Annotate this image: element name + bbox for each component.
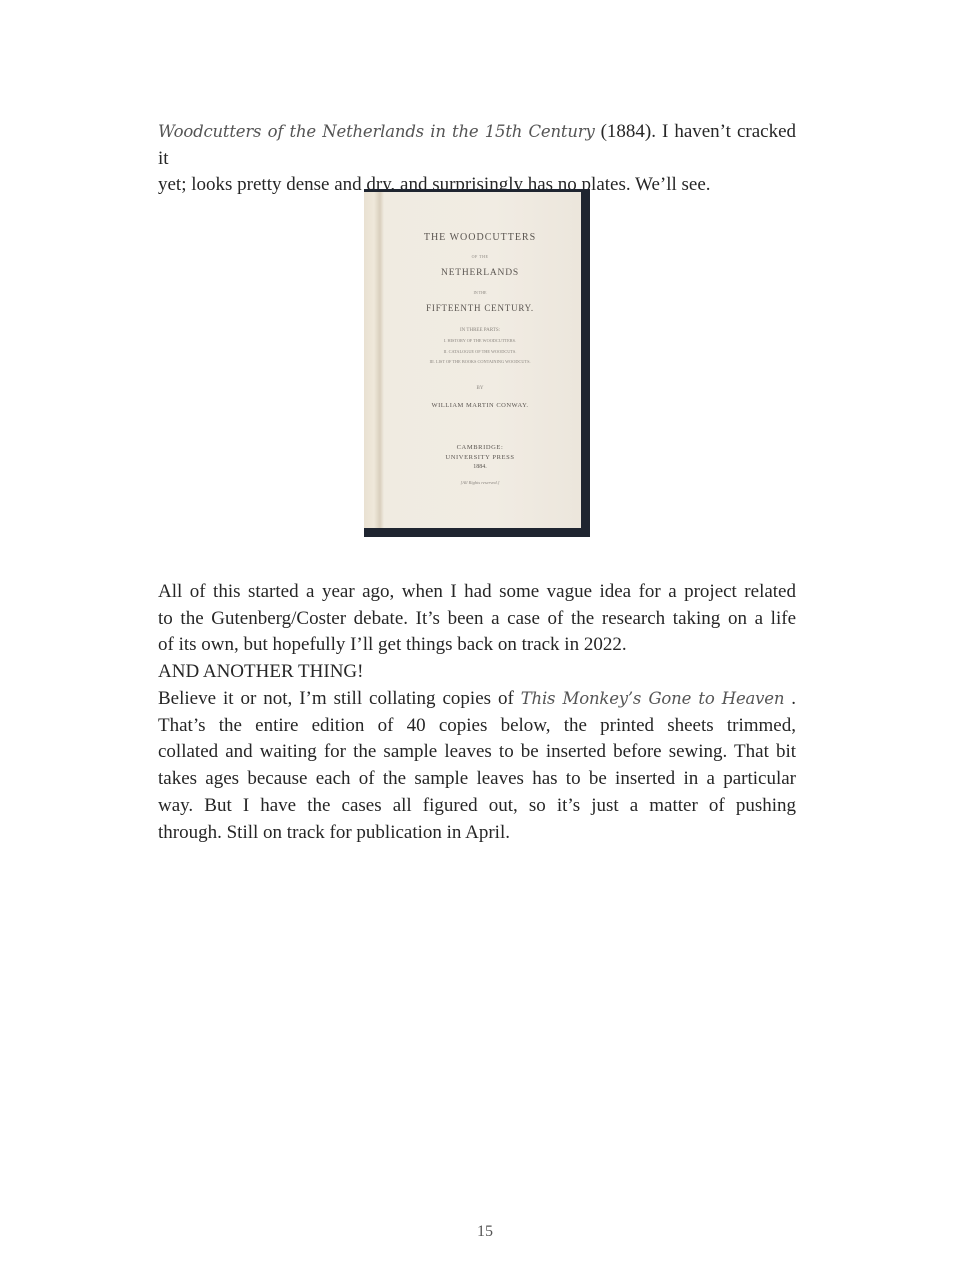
book-title-italic: This Monkey’s Gone to Heaven xyxy=(521,689,785,708)
title-page-line: CAMBRIDGE: xyxy=(382,444,578,451)
text-line: of its own, but hopefully I’ll get thing… xyxy=(158,632,796,659)
title-page-photo: THE WOODCUTTERS OF THE NETHERLANDS IN TH… xyxy=(364,189,590,537)
text-segment: Believe it or not, I’m still collating c… xyxy=(158,688,521,709)
title-page-line: [All Rights reserved.] xyxy=(382,480,578,485)
title-page-line: WILLIAM MARTIN CONWAY. xyxy=(382,402,578,409)
title-page-line: IN THREE PARTS: xyxy=(382,328,578,333)
section-heading-line: AND ANOTHER THING! xyxy=(158,659,796,686)
title-page-line: IN THE xyxy=(382,290,578,295)
text-line: That’s the entire edition of 40 copies b… xyxy=(158,713,796,740)
text-line: to the Gutenberg/Coster debate. It’s bee… xyxy=(158,606,796,633)
text-line: way. But I have the cases all figured ou… xyxy=(158,793,796,820)
paragraph-collating: Believe it or not, I’m still collating c… xyxy=(158,686,796,846)
text-segment: . xyxy=(784,688,796,709)
book-page: THE WOODCUTTERS OF THE NETHERLANDS IN TH… xyxy=(364,192,581,528)
title-page-line: THE WOODCUTTERS xyxy=(382,232,578,243)
text-line: collated and waiting for the sample leav… xyxy=(158,739,796,766)
title-page-line: UNIVERSITY PRESS xyxy=(382,454,578,461)
text-line: All of this started a year ago, when I h… xyxy=(158,579,796,606)
text-line: Woodcutters of the Netherlands in the 15… xyxy=(158,119,796,172)
title-page-line: III. LIST OF THE BOOKS CONTAINING WOODCU… xyxy=(382,359,578,364)
title-page-line: NETHERLANDS xyxy=(382,268,578,278)
text-line: through. Still on track for publication … xyxy=(158,820,796,847)
text-line: Believe it or not, I’m still collating c… xyxy=(158,686,796,713)
book-title-italic: Woodcutters of the Netherlands in the 15… xyxy=(158,122,595,141)
paragraph-book-intro: Woodcutters of the Netherlands in the 15… xyxy=(158,119,796,199)
paragraph-project-history: All of this started a year ago, when I h… xyxy=(158,579,796,686)
title-page-line: FIFTEENTH CENTURY. xyxy=(382,303,578,313)
title-page-line: OF THE xyxy=(382,254,578,259)
text-line: takes ages because each of the sample le… xyxy=(158,766,796,793)
title-page-line: BY xyxy=(382,386,578,391)
title-page-line: II. CATALOGUE OF THE WOODCUTS. xyxy=(382,349,578,354)
title-page-line: 1884. xyxy=(382,464,578,470)
page-number: 15 xyxy=(0,1223,954,1241)
title-page-line: I. HISTORY OF THE WOODCUTTERS. xyxy=(382,338,578,343)
